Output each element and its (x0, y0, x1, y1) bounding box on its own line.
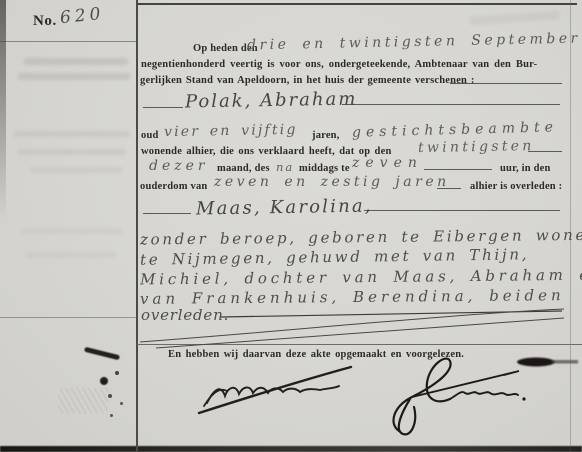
blank-filler-line (143, 213, 191, 214)
ink-smudge (100, 377, 108, 385)
oud-label: oud (141, 130, 159, 141)
margin-divider-line (136, 0, 138, 452)
bleedthrough-text (30, 167, 122, 173)
death-certificate-scan: No. 620 Op heden den drie en twintigsten… (0, 0, 582, 452)
declarant-name-handwritten: Polak, Abraham (185, 88, 358, 112)
blank-filler-line (450, 83, 562, 84)
blank-filler-line (143, 107, 183, 108)
ink-smudge (120, 402, 123, 405)
bleedthrough-text (22, 228, 122, 234)
deceased-details-line: overleden. (141, 306, 229, 324)
bleedthrough-text (18, 149, 126, 155)
dezer-handwritten: dezer (149, 158, 209, 174)
closing-section-rule (137, 344, 582, 345)
margin-top-rule (0, 41, 138, 42)
closing-sentence: En hebben wij daarvan deze akte opgemaak… (168, 349, 464, 360)
opening-line2: negentienhonderd veertig is voor ons, on… (141, 59, 537, 70)
death-day-handwritten: twintigsten (418, 138, 535, 156)
jaren-label: jaren, (312, 130, 340, 141)
bleedthrough-text (470, 11, 560, 25)
death-hour-handwritten: zeven (352, 155, 423, 171)
bleedthrough-text (18, 73, 130, 80)
maand-label: maand, des (217, 163, 270, 174)
blank-filler-line (424, 169, 492, 170)
ink-blot (517, 358, 578, 367)
bleedthrough-text (26, 252, 116, 258)
blank-filler-line (342, 104, 560, 105)
blank-filler-line (437, 188, 461, 189)
deceased-name-handwritten: Maas, Karolina, (196, 195, 373, 219)
na-handwritten: na (276, 160, 294, 174)
blank-filler-line (528, 151, 562, 152)
scan-bottom-edge (0, 446, 582, 452)
declarant-age-handwritten: vier en vijftig (164, 122, 298, 140)
ink-smudge (110, 414, 113, 417)
declarant-signature (199, 367, 351, 413)
date-of-act-handwritten: drie en twintigsten September (247, 31, 581, 54)
margin-column (0, 0, 137, 452)
blank-filler-stroke (221, 311, 562, 317)
scan-left-edge-shadow (0, 0, 6, 220)
margin-mid-rule (0, 317, 138, 318)
ink-smudge (115, 371, 119, 375)
ouderdom-label: ouderdom van (140, 181, 207, 192)
overleden-label: alhier is overleden : (470, 181, 562, 192)
ink-smudge (108, 394, 112, 398)
deceased-details-line: van Frankenhuis, Berendina, beiden (140, 286, 565, 308)
act-number-label: No. (33, 13, 57, 30)
deceased-details-line: te Nijmegen, gehuwd met van Thijn, (140, 245, 529, 268)
middags-label: middags te (299, 163, 350, 174)
opening-line3: gerlijken Stand van Apeldoorn, in het hu… (140, 75, 475, 86)
bleedthrough-text (24, 58, 128, 65)
blank-filler-line (364, 210, 560, 211)
official-signature (393, 359, 525, 435)
deceased-age-handwritten: zeven en zestig jaren (214, 174, 450, 190)
uur-label: uur, in den (500, 163, 551, 174)
deceased-details-line: Michiel, dochter van Maas, Abraham en (140, 266, 582, 289)
pencil-hatching (58, 388, 108, 414)
page-top-rule (137, 3, 577, 5)
bleedthrough-text (14, 131, 130, 137)
